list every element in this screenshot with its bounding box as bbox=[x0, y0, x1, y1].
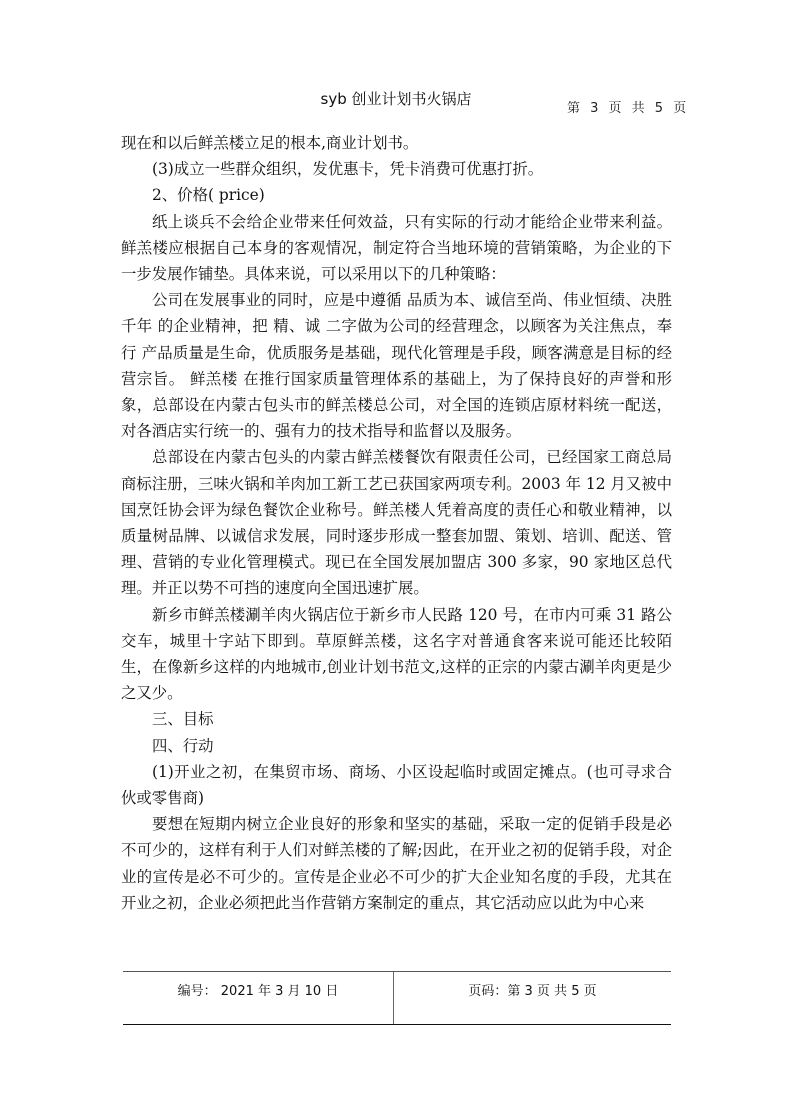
paragraph: 要想在短期内树立企业良好的形象和坚实的基础，采取一定的促销手段是必不可少的，这样… bbox=[121, 811, 672, 916]
paragraph: 纸上谈兵不会给企业带来任何效益，只有实际的行动才能给企业带来利益。鲜羔楼应根据自… bbox=[121, 209, 672, 288]
paragraph: (1)开业之初，在集贸市场、商场、小区设起临时或固定摊点。(也可寻求合伙或零售商… bbox=[121, 759, 672, 811]
section-heading: 三、目标 bbox=[121, 706, 672, 732]
document-page: syb 创业计划书火锅店 第 3 页 共 5 页 现在和以后鲜羔楼立足的根本,商… bbox=[0, 0, 792, 1120]
header-page-indicator: 第 3 页 共 5 页 bbox=[567, 97, 689, 116]
footer-number: 编号： 2021 年 3 月 10 日 bbox=[123, 972, 394, 1024]
paragraph: (3)成立一些群众组织，发优惠卡，凭卡消费可优惠打折。 bbox=[121, 156, 672, 182]
footer-page-number: 页码：第 3 页 共 5 页 bbox=[394, 972, 671, 1024]
footer-table: 编号： 2021 年 3 月 10 日 页码：第 3 页 共 5 页 bbox=[123, 971, 671, 1025]
paragraph: 现在和以后鲜羔楼立足的根本,商业计划书。 bbox=[121, 130, 672, 156]
section-heading: 2、价格( price) bbox=[121, 182, 672, 208]
paragraph: 新乡市鲜羔楼涮羊肉火锅店位于新乡市人民路 120 号，在市内可乘 31 路公交车… bbox=[121, 602, 672, 707]
paragraph: 总部设在内蒙古包头的内蒙古鲜羔楼餐饮有限责任公司，已经国家工商总局商标注册，三味… bbox=[121, 444, 672, 601]
paragraph: 公司在发展事业的同时，应是中遵循 品质为本、诚信至尚、伟业恒绩、决胜千年 的企业… bbox=[121, 287, 672, 444]
document-body: 现在和以后鲜羔楼立足的根本,商业计划书。 (3)成立一些群众组织，发优惠卡，凭卡… bbox=[121, 130, 672, 916]
section-heading: 四、行动 bbox=[121, 733, 672, 759]
